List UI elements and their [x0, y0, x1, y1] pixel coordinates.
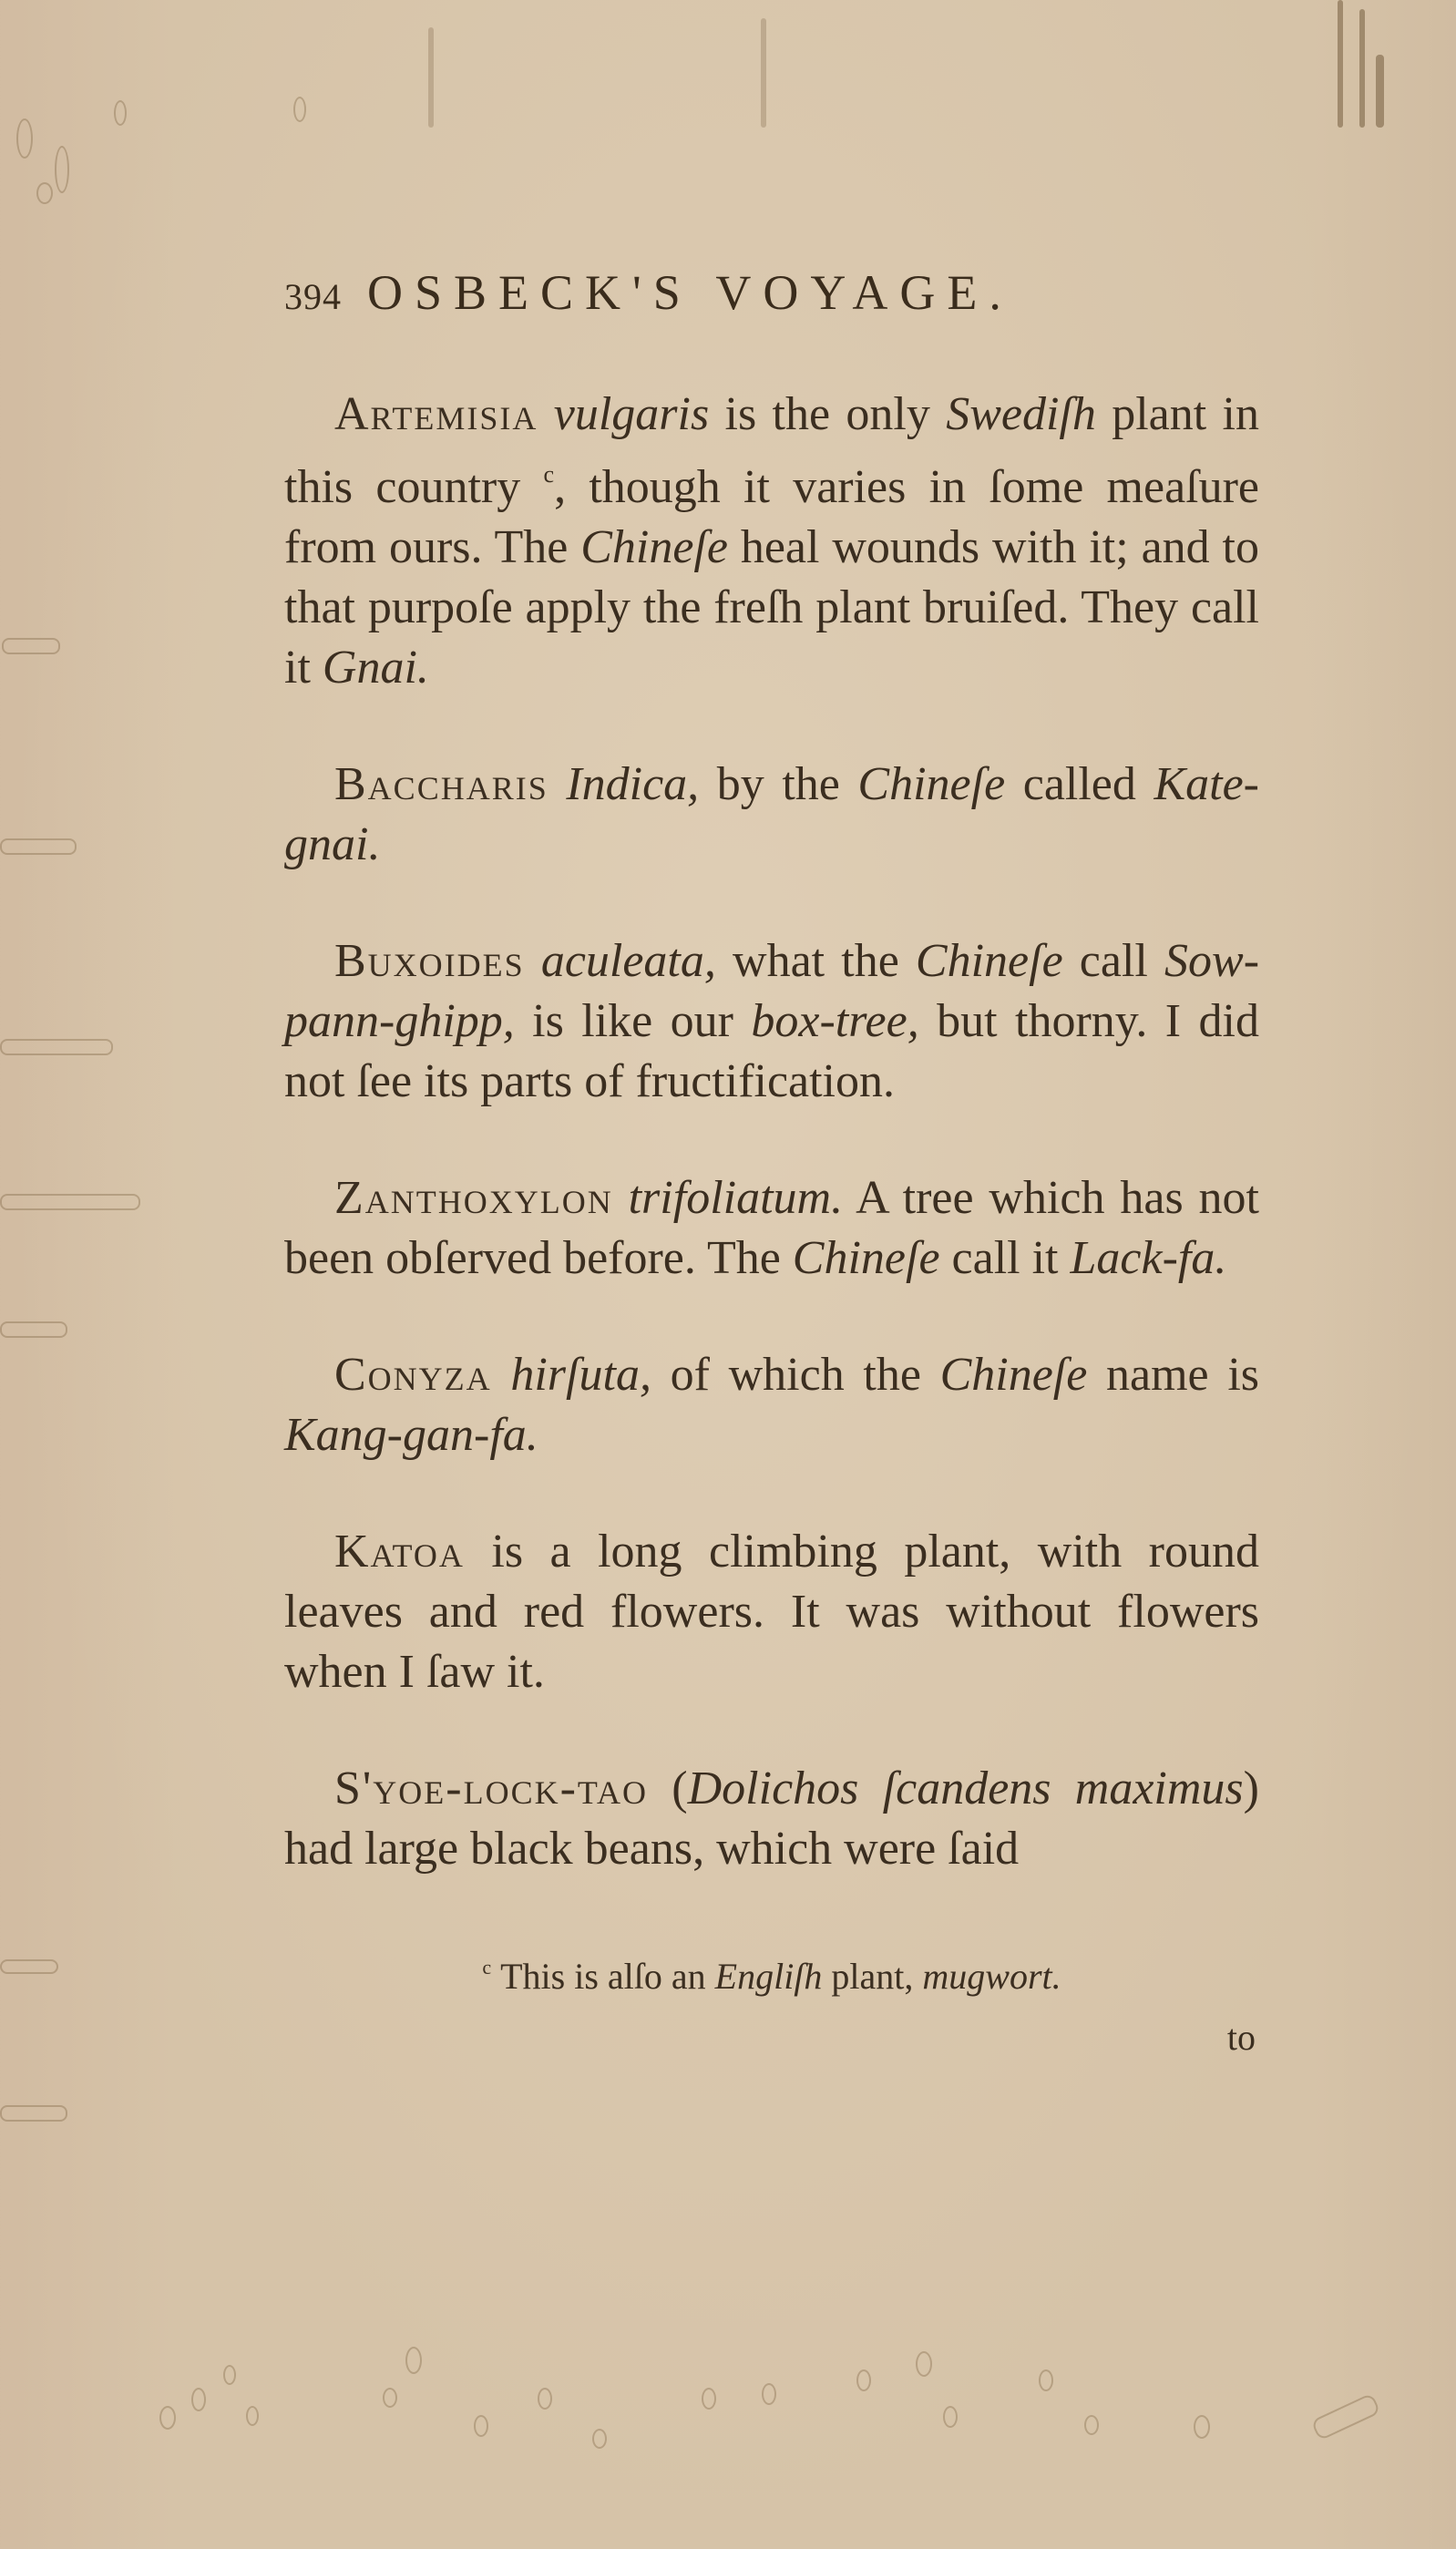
paragraph-buxoides: Buxoides aculeata, what the Chineſe call… [284, 931, 1259, 1112]
genus-name: Zanthoxylon [334, 1172, 613, 1224]
genus-name: Conyza [334, 1349, 492, 1401]
book-page: 394 OSBECK'S VOYAGE. Artemisia vulgaris … [284, 264, 1259, 2059]
catchword: to [284, 2016, 1259, 2059]
paragraph-artemisia: Artemisia vulgaris is the only Swediſh p… [284, 385, 1259, 698]
paragraph-katoa: Katoa is a long climbing plant, with rou… [284, 1522, 1259, 1702]
species-name: trifoliatum. [629, 1172, 843, 1224]
paragraph-conyza: Conyza hirſuta, of which the Chineſe nam… [284, 1345, 1259, 1465]
paragraph-zanthoxylon: Zanthoxylon trifoliatum. A tree which ha… [284, 1168, 1259, 1289]
genus-name: S'yoe-lock-tao [334, 1763, 648, 1814]
species-name: aculeata, [541, 935, 716, 987]
running-head: 394 OSBECK'S VOYAGE. [284, 264, 1259, 365]
genus-name: Katoa [334, 1526, 465, 1578]
species-name: vulgaris [554, 388, 709, 440]
footnote-reference: c [544, 461, 555, 488]
page-number: 394 [284, 275, 342, 318]
genus-name: Artemisia [334, 388, 538, 440]
paragraph-syoe-lock-tao: S'yoe-lock-tao (Dolichos ſcandens maximu… [284, 1759, 1259, 1879]
footnote: cThis is alſo an Engliſh plant, mugwort. [284, 1945, 1259, 1999]
genus-name: Baccharis [334, 758, 549, 810]
species-name: Indica, [566, 758, 699, 810]
species-name: hirſuta, [510, 1349, 651, 1401]
genus-name: Buxoides [334, 935, 525, 987]
paragraph-baccharis: Baccharis Indica, by the Chineſe called … [284, 755, 1259, 875]
footnote-mark: c [482, 1956, 491, 1979]
page-title: OSBECK'S VOYAGE. [367, 264, 1013, 321]
